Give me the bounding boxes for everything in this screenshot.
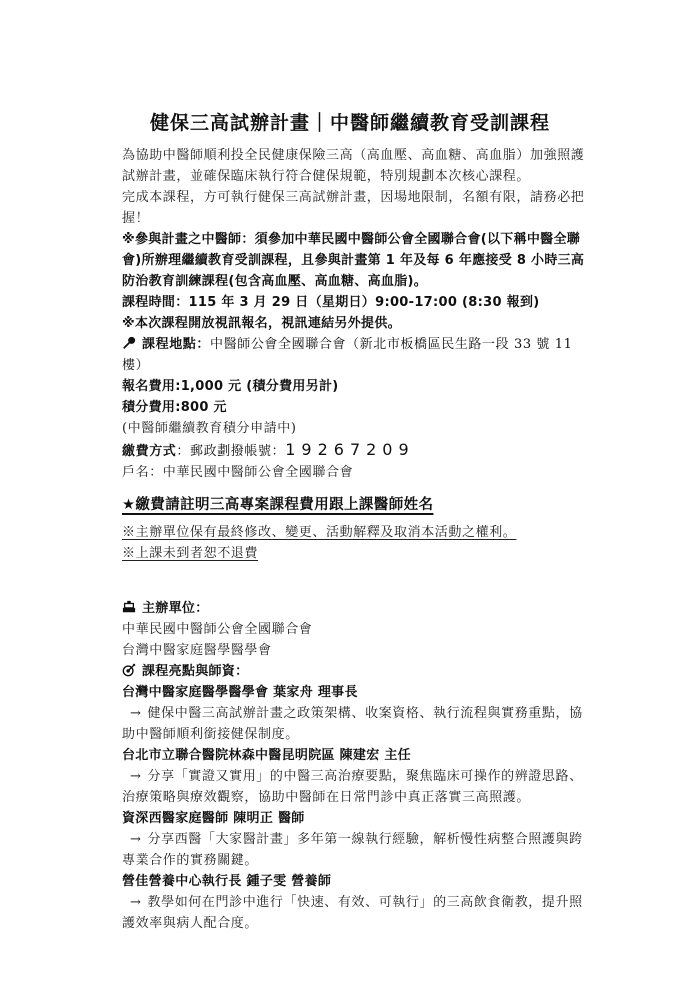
account-name: 戶名：中華民國中醫師公會全國聯合會 [122,462,592,483]
organizers-heading: 主辦單位： [122,598,592,619]
pushpin-icon [122,336,136,350]
payment-label: 繳費方式 [122,444,176,459]
arrow-icon: → [130,895,142,910]
notice-item: ※上課未到者恕不退費 [122,543,258,564]
requirement-note: ※參與計畫之中醫師：須參加中華民國中醫師公會全國聯合會(以下稱中醫全聯會)所辦理… [122,229,592,292]
building-icon [122,600,136,614]
speaker-name: 台北市立聯合醫院林森中醫昆明院區 陳建宏 主任 [122,745,592,766]
speaker-description: →分享「實證又實用」的中醫三高治療要點，聚焦臨床可操作的辨證思路、治療策略與療效… [122,766,592,808]
course-schedule: 課程時間：115 年 3 月 29 日（星期日）9:00-17:00 (8:30… [122,292,592,313]
organizers-heading-text: 主辦單位： [142,601,209,616]
document-body: 為協助中醫師順利投全民健康保險三高（高血壓、高血糖、高血脂）加強照護試辦計畫，並… [122,145,592,934]
arrow-icon: → [130,706,142,721]
credit-fee: 積分費用:800 元 [122,397,592,418]
arrow-icon: → [130,769,142,784]
speaker-name: 台灣中醫家庭醫學醫學會 葉家舟 理事長 [122,682,592,703]
registration-fee: 報名費用:1,000 元 (積分費用另計) [122,376,592,397]
organizer-item: 中華民國中醫師公會全國聯合會 [122,619,592,640]
speaker-description: →教學如何在門診中進行「快速、有效、可執行」的三高飲食衛教，提升照護效率與病人配… [122,892,592,934]
intro-paragraph: 完成本課程，方可執行健保三高試辦計畫，因場地限制，名額有限，請務必把握！ [122,187,592,229]
organizer-item: 台灣中醫家庭醫學醫學會 [122,640,592,661]
highlights-heading-text: 課程亮點與師資： [142,664,248,679]
arrow-icon: → [130,832,142,847]
document-title: 健保三高試辦計畫｜中醫師繼續教育受訓課程 [0,108,700,135]
intro-paragraph: 為協助中醫師順利投全民健康保險三高（高血壓、高血糖、高血脂）加強照護試辦計畫，並… [122,145,592,187]
notices: ※主辦單位保有最終修改、變更、活動解釋及取消本活動之權利。 ※上課未到者恕不退費 [122,522,592,564]
payment-reminder: ★繳費請註明三高專案課程費用跟上課醫師姓名 [122,495,433,516]
speaker-description: →分享西醫「大家醫計畫」多年第一線執行經驗，解析慢性病整合照護與跨專業合作的實務… [122,829,592,871]
credit-note: (中醫師繼續教育積分申請中) [122,418,592,439]
notice-item: ※主辦單位保有最終修改、變更、活動解釋及取消本活動之權利。 [122,522,516,543]
document-page: 健保三高試辦計畫｜中醫師繼續教育受訓課程 為協助中醫師順利投全民健康保險三高（高… [0,0,700,989]
online-note: ※本次課程開放視訊報名，視訊連結另外提供。 [122,313,592,334]
speaker-name: 資深西醫家庭醫師 陳明正 醫師 [122,808,592,829]
spacer [122,564,592,598]
payment-method: 繳費方式：郵政劃撥帳號：19267209 [122,439,592,462]
course-location: 課程地點：中醫師公會全國聯合會（新北市板橋區民生路一段 33 號 11 樓） [122,334,592,376]
target-icon [122,663,136,677]
speaker-description: →健保中醫三高試辦計畫之政策架構、收案資格、執行流程與實務重點，協助中醫師順利銜… [122,703,592,745]
speaker-name: 營佳營養中心執行長 鍾子雯 營養師 [122,871,592,892]
location-label: 課程地點： [142,337,210,352]
postal-account-number: 19267209 [285,440,414,459]
highlights-heading: 課程亮點與師資： [122,661,592,682]
payment-method-text: ：郵政劃撥帳號： [176,444,285,459]
